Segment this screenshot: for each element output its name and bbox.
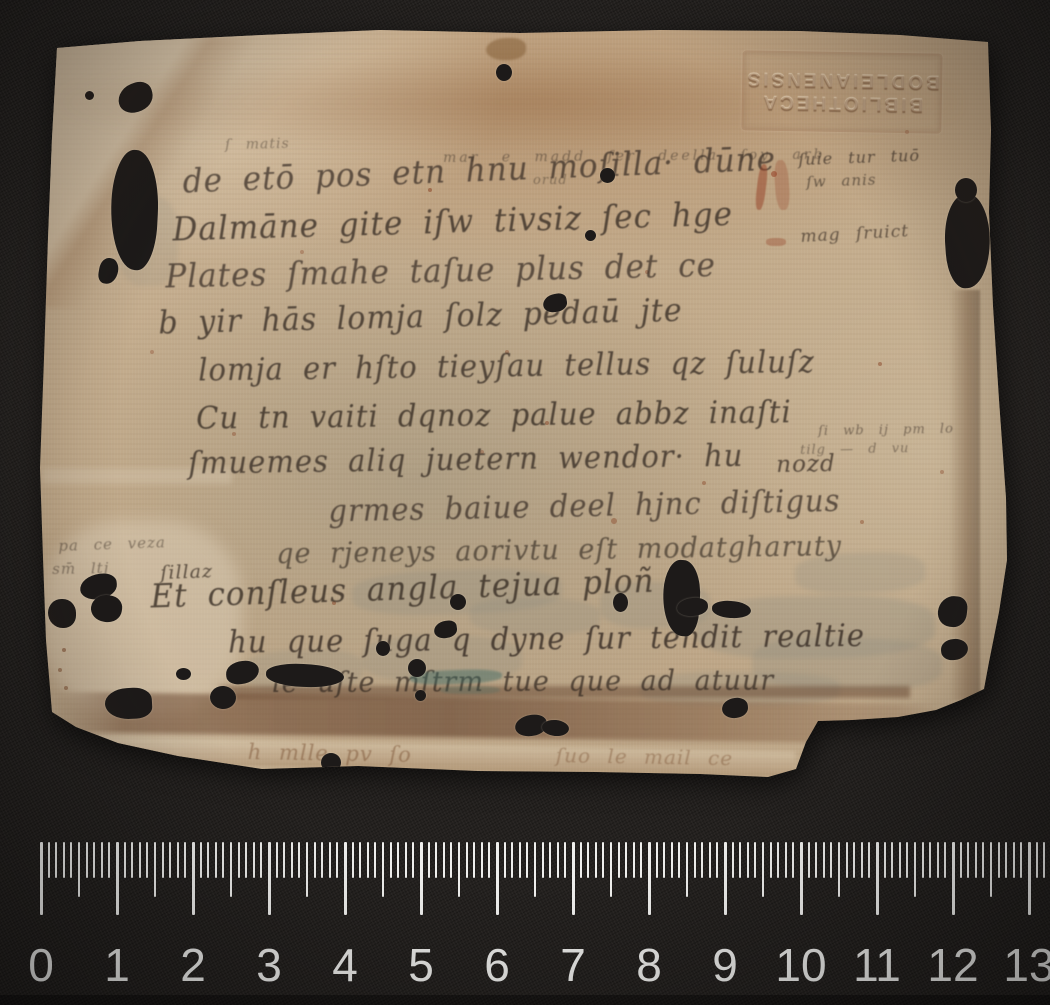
marginal-note: mar e madd ſer deella ſoy arb <box>443 147 826 166</box>
script-line: Cu tn vaiti dqnoz palue abbz inaſti <box>196 394 792 436</box>
pale-area-bottom-left <box>42 520 242 715</box>
hole <box>104 687 153 720</box>
hole <box>209 685 237 710</box>
marginal-note: pa ce veza <box>58 533 166 555</box>
teal-pigment-stain-2 <box>440 686 500 694</box>
hole <box>266 663 345 689</box>
hole <box>940 638 969 661</box>
script-line: lomja er hſto tieyſau tellus qz ſuluſz <box>198 343 815 387</box>
hole <box>585 230 596 241</box>
script-line: Plates ſmahe taſue plus det ce <box>165 246 716 295</box>
erased-text-patch <box>118 196 178 286</box>
teal-pigment-stain <box>410 668 502 685</box>
hole <box>79 572 118 601</box>
hole <box>108 149 161 271</box>
fold-crease-mid-left <box>42 468 232 484</box>
script-line: qe rjeneys aorivtu eſt modatgharuty <box>276 530 842 570</box>
hole <box>450 594 466 610</box>
erased-text-patch <box>694 594 935 660</box>
hole <box>225 660 260 686</box>
script-line: hu que ſuga q dyne ſur tendit realtie <box>228 617 865 659</box>
marginal-note: mag ſruict <box>800 221 910 247</box>
hole <box>85 91 94 100</box>
hole <box>541 719 569 737</box>
hole <box>955 178 977 202</box>
fold-crease-right <box>950 290 980 700</box>
red-squiggle-mark <box>773 160 790 211</box>
archival-photo-background: { "meta": { "description": "Photograph o… <box>0 0 1050 1005</box>
marginal-note: ſillaz <box>160 560 213 584</box>
hole <box>600 168 615 183</box>
script-line: grmes baiue deel hjnc diſtigus <box>328 482 841 528</box>
script-line: de etō pos etn hnu moſilla· dūne <box>182 140 777 201</box>
marginal-note: ſi wb ij pm lo <box>818 422 954 439</box>
script-line: le uſte mſtrm tue que ad atuur <box>272 664 774 699</box>
script-line: Et conſleus angla tejua ploñ <box>150 562 655 616</box>
erased-text-patch <box>362 636 522 682</box>
hole <box>433 619 458 639</box>
hole <box>514 713 549 738</box>
bottom-edge-curl-highlight <box>55 736 795 777</box>
hole <box>721 697 749 720</box>
stain-band-fold-thin <box>220 686 910 698</box>
bottom-shadow-strip <box>0 995 1050 1005</box>
hole <box>942 193 993 290</box>
stamp-text-line-2: BODLEIANENSIS <box>744 68 940 93</box>
marginal-note: nozd <box>776 451 836 478</box>
marginal-note: ſ matis <box>225 136 290 153</box>
hole <box>176 668 191 680</box>
hole <box>712 600 752 619</box>
erased-text-patch <box>470 597 601 635</box>
marginal-note: ſuie tur tuō <box>798 146 920 169</box>
stain-band-fold <box>52 692 942 744</box>
erased-text-patch <box>640 672 840 706</box>
marginal-note: ſuo le mail ce <box>556 743 734 770</box>
hole <box>321 753 341 772</box>
hole <box>89 593 123 624</box>
marginal-note: sm̄ ltj <box>52 559 109 578</box>
red-paragraph-mark <box>754 164 769 211</box>
marginal-note: h mlle pv ſo <box>248 740 412 767</box>
script-line: b yir hās lomja ſolz pedaū jte <box>158 292 683 342</box>
parchment-fragment: de etō pos etn hnu moſilla· dūneDalmāne … <box>0 0 1050 1005</box>
hole <box>936 595 968 629</box>
parchment-shadow-wrap: de etō pos etn hnu moſilla· dūneDalmāne … <box>0 0 1050 1005</box>
marginal-note: tilg — d vu <box>800 441 910 458</box>
script-line: ſmuemes aliq juetern wendor· hu <box>188 437 744 480</box>
hole <box>48 599 76 628</box>
marginal-note: ſw anis <box>806 171 877 191</box>
hole <box>408 659 426 677</box>
erased-text-patch <box>794 551 925 596</box>
fold-crease-top-left <box>45 38 375 308</box>
erased-text-patch <box>351 566 562 617</box>
marginal-note: orud <box>533 173 568 188</box>
hole <box>660 559 702 637</box>
hole <box>415 690 426 701</box>
hole <box>376 641 390 656</box>
stain-band-top <box>60 55 960 150</box>
erased-text-patch <box>600 582 710 628</box>
hole <box>115 79 156 116</box>
hole <box>613 593 628 612</box>
hole <box>496 64 512 81</box>
erased-text-patch <box>242 648 363 692</box>
script-line: Dalmāne gite iſw tivsiz ſec hge <box>172 195 733 248</box>
brown-stain-top-center <box>486 38 526 60</box>
hole <box>97 257 120 286</box>
erased-text-patch <box>752 636 943 691</box>
rust-speckles <box>0 0 4 4</box>
hole <box>676 597 708 617</box>
red-dash-mark <box>766 238 786 246</box>
hole <box>542 292 569 314</box>
stamp-text-line-1: BIBLIOTHECA <box>760 91 923 116</box>
embossed-library-stamp: BIBLIOTHECA BODLEIANENSIS <box>741 50 942 133</box>
